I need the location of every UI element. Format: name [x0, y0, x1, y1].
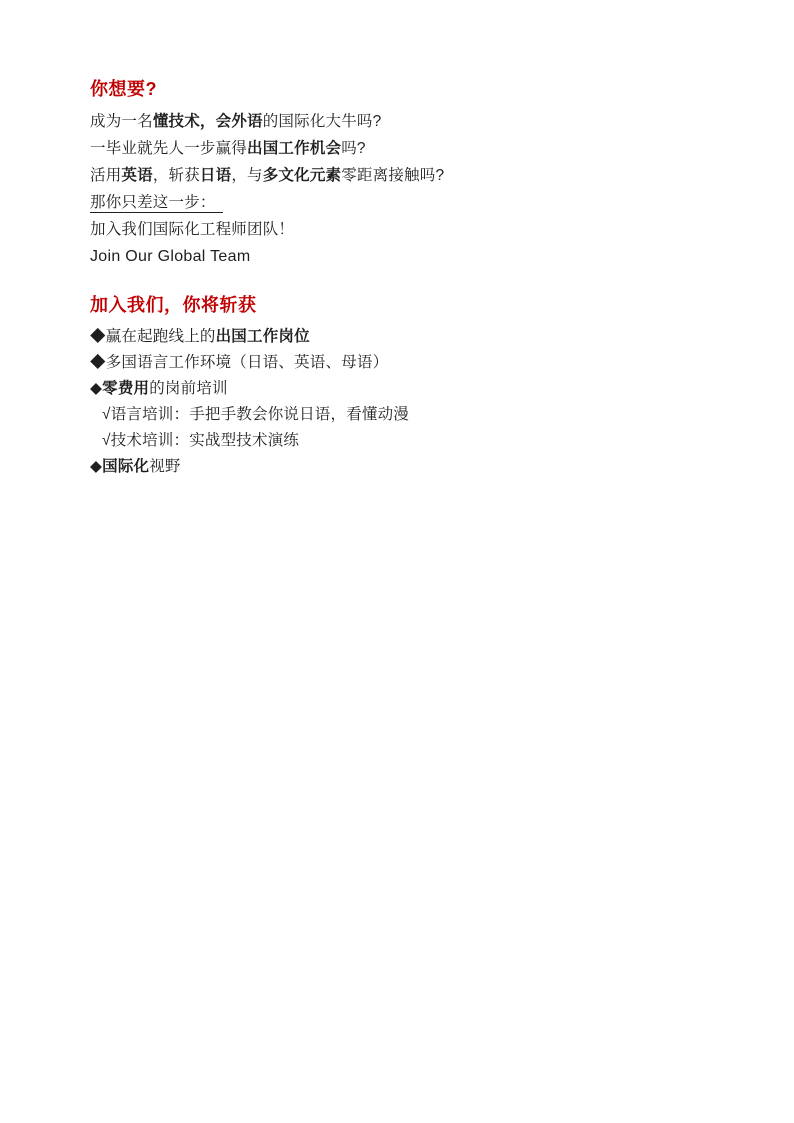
text-segment: 一毕业就先人一步赢得 — [90, 140, 247, 157]
text-segment: 零费用 — [102, 380, 149, 397]
section-benefits: 加入我们，你将斩获 ◆赢在起跑线上的出国工作岗位 ◆多国语言工作环境（日语、英语… — [90, 292, 714, 480]
text-segment: ◆赢在起跑线上的 — [90, 328, 216, 345]
text-segment: 的岗前培训 — [149, 380, 228, 397]
text-segment: 活用 — [90, 167, 121, 184]
text-segment: ◆ — [90, 380, 102, 397]
text-segment: 的国际化大牛吗? — [263, 113, 382, 130]
text-segment: 日语 — [200, 167, 231, 184]
sub-bullet-item: √语言培训：手把手教会你说日语，看懂动漫 — [90, 402, 714, 428]
paragraph-line-underlined: 那你只差这一步： — [90, 189, 714, 216]
text-segment: √技术培训：实战型技术演练 — [102, 432, 299, 449]
bullet-item: ◆赢在起跑线上的出国工作岗位 — [90, 324, 714, 350]
text-segment: 成为一名 — [90, 113, 153, 130]
intro-section-heading: 你想要? — [90, 76, 714, 102]
text-segment: ◆多国语言工作环境（日语、英语、母语） — [90, 354, 388, 371]
paragraph-line: 一毕业就先人一步赢得出国工作机会吗? — [90, 135, 714, 162]
text-segment: √语言培训：手把手教会你说日语，看懂动漫 — [102, 406, 409, 423]
document-page: 你想要? 成为一名懂技术，会外语的国际化大牛吗? 一毕业就先人一步赢得出国工作机… — [0, 0, 794, 1123]
section-intro: 你想要? 成为一名懂技术，会外语的国际化大牛吗? 一毕业就先人一步赢得出国工作机… — [90, 76, 714, 270]
paragraph-line: 加入我们国际化工程师团队！ — [90, 216, 714, 243]
text-segment: 懂技术，会外语 — [153, 113, 263, 130]
text-segment: ，与 — [231, 167, 262, 184]
text-segment: 那你只差这一步： — [90, 194, 223, 213]
text-segment: 出国工作机会 — [247, 140, 341, 157]
paragraph-line: 活用英语，斩获日语，与多文化元素零距离接触吗? — [90, 162, 714, 189]
text-segment: 国际化 — [102, 458, 149, 475]
bullet-item: ◆国际化视野 — [90, 454, 714, 480]
sub-bullet-item: √技术培训：实战型技术演练 — [90, 428, 714, 454]
document-content: 你想要? 成为一名懂技术，会外语的国际化大牛吗? 一毕业就先人一步赢得出国工作机… — [90, 76, 714, 480]
paragraph-line-english: Join Our Global Team — [90, 243, 714, 270]
text-segment: 加入我们国际化工程师团队！ — [90, 221, 294, 238]
text-segment: 出国工作岗位 — [216, 328, 310, 345]
text-segment: ◆ — [90, 458, 102, 475]
text-segment: 英语 — [121, 167, 152, 184]
bullet-item: ◆零费用的岗前培训 — [90, 376, 714, 402]
text-segment: 多文化元素 — [263, 167, 342, 184]
paragraph-line: 成为一名懂技术，会外语的国际化大牛吗? — [90, 108, 714, 135]
benefits-section-heading: 加入我们，你将斩获 — [90, 292, 714, 318]
bullet-item: ◆多国语言工作环境（日语、英语、母语） — [90, 350, 714, 376]
text-segment: 吗? — [341, 140, 366, 157]
text-segment: Join Our Global Team — [90, 248, 250, 265]
text-segment: ，斩获 — [153, 167, 200, 184]
text-segment: 视野 — [149, 458, 180, 475]
text-segment: 零距离接触吗? — [341, 167, 444, 184]
